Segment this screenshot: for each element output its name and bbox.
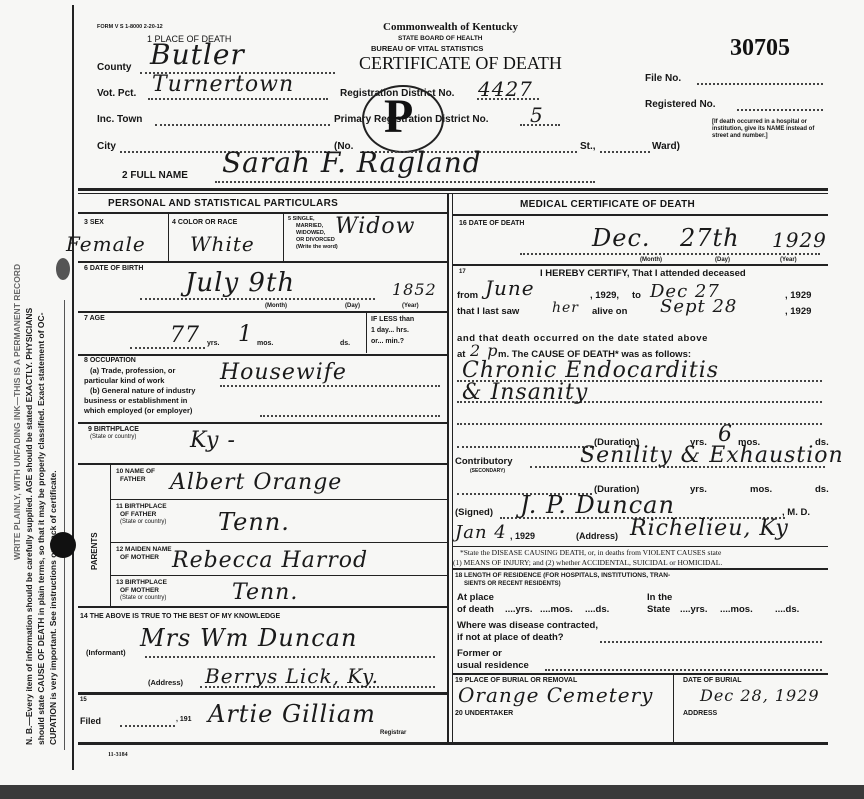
dod-label: 16 DATE OF DEATH — [459, 220, 524, 227]
sex-value[interactable]: Female — [66, 232, 146, 256]
informant-line — [145, 656, 435, 658]
informant-label: 14 THE ABOVE IS TRUE TO THE BEST OF MY K… — [80, 613, 280, 620]
last-saw-label: that I last saw — [457, 306, 519, 317]
father-bp-label-3: (State or country) — [120, 519, 166, 525]
father-label-1: 10 NAME OF — [116, 468, 155, 475]
certify-number: 17 — [459, 269, 466, 275]
parents-divider — [110, 464, 111, 606]
last-saw-year: , 1929 — [785, 306, 811, 317]
board-heading: STATE BOARD OF HEALTH — [398, 35, 483, 42]
occupation-a-2: particular kind of work — [84, 376, 164, 385]
medical-address-label: (Address) — [576, 531, 618, 541]
registrar-caption: Registrar — [380, 730, 406, 736]
inc-town-label: Inc. Town — [97, 114, 142, 125]
city-label: City — [97, 141, 116, 152]
form-footer-code: 11-3184 — [108, 752, 128, 758]
dob-year[interactable]: 1852 — [392, 280, 437, 299]
hospital-note: [If death occurred in a hospital or inst… — [712, 119, 824, 140]
marital-label-5: (Write the word) — [296, 244, 338, 250]
duration-lead — [457, 446, 592, 448]
commonwealth-heading: Commonwealth of Kentucky — [383, 21, 518, 33]
dod-day-caption: (Day) — [715, 257, 730, 263]
dod-day[interactable]: 27th — [680, 224, 740, 252]
race-label: 4 COLOR OR RACE — [172, 219, 237, 226]
registration-stamp: P — [362, 85, 444, 153]
dob-label: 6 DATE OF BIRTH — [84, 265, 143, 272]
margin-note-2: should state CAUSE OF DEATH in plain ter… — [36, 313, 46, 746]
row-rule-7 — [110, 542, 447, 543]
county-label: County — [97, 62, 131, 73]
informant-caption: (Informant) — [86, 648, 126, 657]
registered-no-label: Registered No. — [645, 99, 716, 110]
age-divider — [366, 313, 367, 353]
from-label: from — [457, 290, 478, 301]
certificate-title: CERTIFICATE OF DEATH — [359, 53, 562, 74]
res-yrs-1[interactable]: ....yrs. — [505, 604, 532, 615]
row-rule-8 — [110, 575, 447, 576]
at-place-1: At place — [457, 592, 494, 603]
birthplace-sub: (State or country) — [90, 434, 136, 440]
secondary-label: (SECONDARY) — [470, 468, 505, 474]
informant-address-caption: (Address) — [148, 678, 183, 687]
top-double-rule — [78, 188, 828, 191]
left-margin-rule — [72, 5, 74, 770]
occupation-label: 8 OCCUPATION — [84, 357, 136, 364]
signed-label: (Signed) — [455, 507, 493, 518]
duration2-ds-label: ds. — [815, 484, 829, 495]
certify-text: I HEREBY CERTIFY, That I attended deceas… — [540, 268, 746, 279]
race-value[interactable]: White — [190, 232, 255, 256]
inc-town-line — [155, 124, 330, 126]
mother-label-1: 12 MAIDEN NAME — [116, 546, 172, 553]
res-mos-1[interactable]: ....mos. — [540, 604, 573, 615]
file-no-field[interactable] — [697, 83, 823, 85]
ward-line — [600, 151, 650, 153]
filed-label: Filed — [80, 716, 101, 726]
burial-date-value[interactable]: Dec 28, 1929 — [700, 686, 820, 705]
dob-day-caption: (Day) — [345, 303, 360, 309]
res-yrs-2[interactable]: ....yrs. — [680, 604, 707, 615]
registrar-value[interactable]: Artie Gilliam — [208, 700, 376, 728]
at-place-2: of death — [457, 604, 494, 615]
undertaker-label: 20 UNDERTAKER — [455, 710, 513, 717]
medical-section-title: MEDICAL CERTIFICATE OF DEATH — [520, 199, 695, 210]
burial-date-label: DATE OF BURIAL — [683, 677, 742, 684]
sex-label: 3 SEX — [84, 219, 104, 226]
from-value[interactable]: June — [485, 276, 535, 300]
employer-line[interactable] — [260, 415, 440, 417]
father-value[interactable]: Albert Orange — [170, 470, 342, 495]
father-bp-value[interactable]: Tenn. — [218, 508, 290, 536]
margin-note-3: CUPATION is very important. See instruct… — [48, 470, 58, 745]
medical-rule-3 — [453, 568, 828, 570]
registered-no-field[interactable] — [737, 109, 823, 111]
vot-pct-label: Vot. Pct. — [97, 88, 136, 99]
row-rule-3 — [78, 354, 447, 356]
medical-rule-4 — [453, 673, 828, 675]
occupation-line — [220, 385, 440, 387]
dod-month[interactable]: Dec. — [592, 224, 651, 252]
mother-bp-label-3: (State or country) — [120, 595, 166, 601]
margin-note-top: WRITE PLAINLY, WITH UNFADING INK—THIS IS… — [12, 264, 22, 560]
cause-line-3-rule — [457, 423, 822, 425]
dod-line — [520, 253, 820, 255]
bottom-rule — [78, 742, 828, 745]
duration2-yrs-label: yrs. — [690, 484, 707, 495]
left-margin-rule-2 — [64, 300, 65, 750]
occupation-b-1: (b) General nature of industry — [90, 386, 195, 395]
stamp-letter: P — [384, 89, 413, 144]
signed-value[interactable]: J. P. Duncan — [520, 491, 675, 519]
occupation-b-2: business or establishment in — [84, 396, 187, 405]
full-name-label: 2 FULL NAME — [122, 170, 188, 181]
footnote-2: (1) MEANS OF INJURY; and (2) whether ACC… — [453, 558, 722, 567]
top-double-rule-2 — [78, 193, 828, 194]
father-bp-label-1: 11 BIRTHPLACE — [116, 503, 167, 510]
res-mos-2[interactable]: ....mos. — [720, 604, 753, 615]
center-divider — [447, 193, 449, 743]
medical-address[interactable]: Richelieu, Ky — [630, 516, 789, 541]
certificate-number: 30705 — [730, 35, 790, 62]
mother-bp-label-1: 13 BIRTHPLACE — [116, 579, 167, 586]
from-year: , 1929, — [590, 290, 619, 301]
signed-date[interactable]: Jan 4 — [455, 522, 507, 543]
occupation-a-1: (a) Trade, profession, or — [90, 366, 175, 375]
contracted-1: Where was disease contracted, — [457, 620, 598, 631]
last-saw-pronoun[interactable]: her — [552, 300, 579, 316]
burial-place-value[interactable]: Orange Cemetery — [458, 683, 653, 707]
filing-number: 15 — [80, 697, 87, 703]
cause-line-2[interactable]: & Insanity — [462, 380, 588, 405]
marital-label-1: 5 SINGLE, — [288, 216, 315, 222]
street-label: St., — [580, 141, 596, 152]
form-code: FORM V S 1-8000 2-20-12 — [97, 24, 163, 30]
filed-date-line[interactable] — [120, 725, 175, 727]
footnote-1: *State the DISEASE CAUSING DEATH, or, in… — [460, 548, 721, 557]
sex-race-divider — [168, 213, 169, 261]
residence-label-1: 18 LENGTH OF RESIDENCE (FOR HOSPITALS, I… — [455, 572, 670, 579]
dob-month-caption: (Month) — [265, 303, 287, 309]
contributory-label: Contributory — [455, 456, 513, 467]
row-rule-1 — [78, 261, 447, 263]
if-less-2: 1 day... hrs. — [371, 327, 409, 334]
burial-divider — [673, 673, 674, 743]
age-mos-label: mos. — [257, 340, 273, 347]
full-name-line — [215, 181, 595, 183]
full-name-value[interactable]: Sarah F. Ragland — [222, 146, 482, 179]
mother-label-2: OF MOTHER — [120, 554, 159, 561]
registration-district-value[interactable]: 4427 — [478, 77, 533, 101]
marital-label-2: MARRIED, — [296, 223, 323, 229]
to-label: to — [632, 290, 641, 301]
dod-month-caption: (Month) — [640, 257, 662, 263]
ward-label: Ward) — [652, 141, 680, 152]
dob-year-caption: (Year) — [402, 303, 419, 309]
dob-month-day[interactable]: July 9th — [185, 268, 295, 298]
vot-pct-line — [148, 98, 328, 100]
primary-district-value[interactable]: 5 — [530, 103, 544, 127]
res-ds-1[interactable]: ....ds. — [585, 604, 609, 615]
in-state-2: State — [647, 604, 670, 615]
medical-title-rule — [453, 214, 828, 216]
father-label-2: FATHER — [120, 476, 146, 483]
contracted-line[interactable] — [600, 641, 822, 643]
row-rule-9 — [78, 606, 447, 608]
former-1: Former or — [457, 648, 502, 659]
res-ds-2[interactable]: ....ds. — [775, 604, 799, 615]
page-bottom-edge — [0, 785, 864, 799]
father-bp-label-2: OF FATHER — [120, 511, 156, 518]
age-yrs-label: yrs. — [207, 340, 219, 347]
parents-side-label: PARENTS — [90, 532, 100, 570]
dod-year[interactable]: 1929 — [772, 228, 827, 252]
if-less-1: IF LESS than — [371, 316, 414, 323]
medical-rule-1 — [453, 264, 828, 266]
in-state-1: In the — [647, 592, 672, 603]
mother-bp-value[interactable]: Tenn. — [232, 580, 298, 605]
duration2-mos-label: mos. — [750, 484, 772, 495]
age-label: 7 AGE — [84, 315, 105, 322]
former-2: usual residence — [457, 660, 529, 671]
file-no-label: File No. — [645, 73, 681, 84]
margin-note-1: N. B.—Every item of information should b… — [24, 308, 34, 745]
row-rule-4 — [78, 422, 447, 424]
race-marital-divider — [283, 213, 284, 261]
former-line[interactable] — [545, 669, 822, 671]
ink-blot — [50, 532, 76, 558]
last-saw-date[interactable]: Sept 28 — [660, 296, 737, 317]
marital-label-3: WIDOWED, — [296, 230, 325, 236]
marital-value[interactable]: Widow — [335, 214, 415, 239]
county-value[interactable]: Butler — [150, 38, 245, 71]
dob-line — [140, 298, 375, 300]
mother-value[interactable]: Rebecca Harrod — [172, 548, 368, 573]
personal-section-title: PERSONAL AND STATISTICAL PARTICULARS — [108, 198, 338, 209]
occupation-b-3: which employed (or employer) — [84, 406, 192, 415]
bureau-heading: BUREAU OF VITAL STATISTICS — [371, 44, 483, 53]
birthplace-label: 9 BIRTHPLACE — [88, 426, 139, 433]
contributory-value[interactable]: Senility & Exhaustion — [580, 443, 844, 468]
mother-bp-label-2: OF MOTHER — [120, 587, 159, 594]
age-years[interactable]: 77 — [170, 323, 200, 348]
alive-on-label: alive on — [592, 306, 627, 317]
occupation-value[interactable]: Housewife — [220, 360, 347, 385]
row-rule-10 — [78, 692, 447, 695]
row-rule-6 — [110, 499, 447, 500]
age-ds-label: ds. — [340, 340, 350, 347]
residence-label-2: SIENTS OR RECENT RESIDENTS) — [464, 581, 561, 587]
to-year: , 1929 — [785, 290, 811, 301]
informant-address[interactable]: Berrys Lick, Ky. — [205, 664, 379, 688]
vot-pct-value[interactable]: Turnertown — [152, 72, 294, 97]
filed-year-prefix: , 191 — [176, 716, 192, 723]
binder-hole — [56, 258, 70, 280]
row-rule-5 — [78, 463, 447, 465]
birthplace-value[interactable]: Ky - — [190, 428, 236, 453]
center-divider-2 — [452, 193, 453, 743]
medical-rule-2 — [453, 546, 828, 547]
age-months[interactable]: 1 — [238, 322, 253, 347]
informant-value[interactable]: Mrs Wm Duncan — [140, 624, 357, 652]
if-less-3: or... min.? — [371, 338, 404, 345]
undertaker-address-label: ADDRESS — [683, 710, 717, 717]
row-rule-2 — [78, 311, 447, 313]
signed-year: , 1929 — [510, 531, 535, 541]
contracted-2: if not at place of death? — [457, 632, 564, 643]
dod-year-caption: (Year) — [780, 257, 797, 263]
marital-label-4: OR DIVORCED — [296, 237, 335, 243]
